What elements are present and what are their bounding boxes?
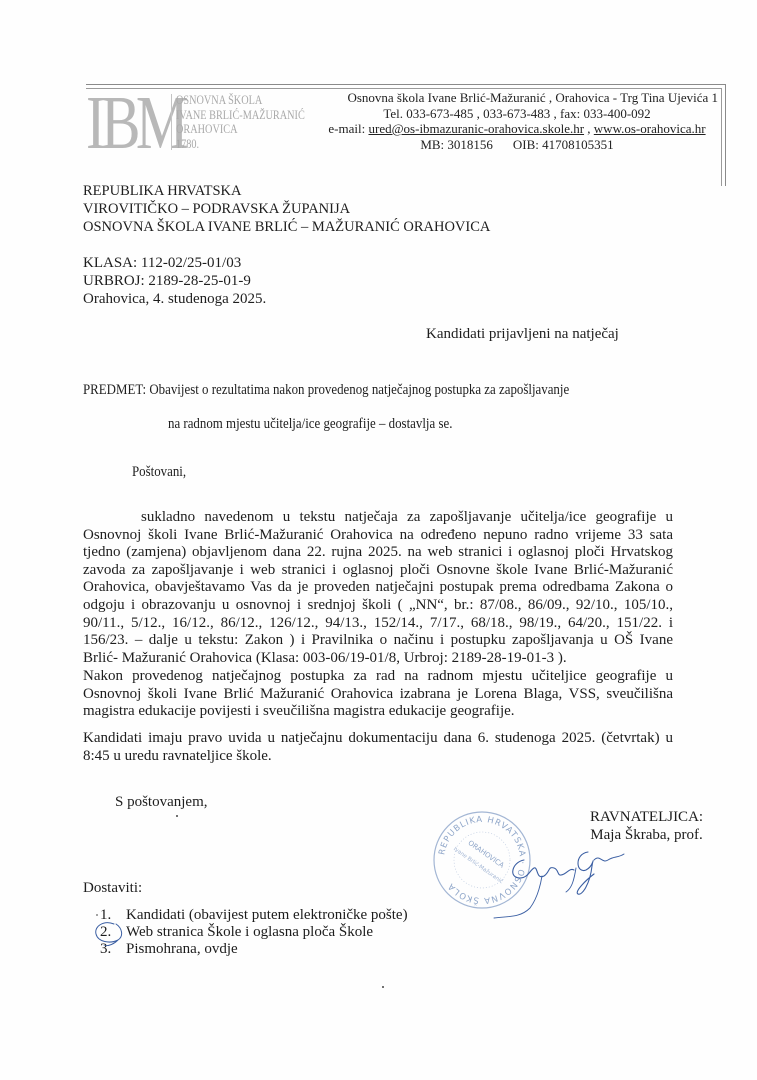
mb-number: MB: 3018156 xyxy=(420,137,493,153)
scan-speck xyxy=(382,986,384,988)
body-line: 8:45 u uredu ravnateljice škole. xyxy=(83,748,673,766)
subject-line-1: PREDMET: Obavijest o rezultatima nakon p… xyxy=(83,381,569,399)
handwritten-circle-mark xyxy=(92,920,132,946)
list-item-text: Kandidati (obavijest putem elektroničke … xyxy=(126,907,408,924)
email-sep: , xyxy=(584,121,594,136)
distribution-list: 1. Kandidati (obavijest putem elektronič… xyxy=(100,907,408,958)
logo-line-1: OSNOVNA ŠKOLA xyxy=(176,93,305,108)
email-label: e-mail: xyxy=(328,121,368,136)
body-line: Brlić- Mažuranić Orahovica (Klasa: 003-0… xyxy=(83,650,673,668)
body-line: 156/23. – dalje u tekstu: Zakon ) i Prav… xyxy=(83,632,673,650)
institution-line-3: OSNOVNA ŠKOLA IVANE BRLIĆ – MAŽURANIĆ OR… xyxy=(83,218,490,236)
school-logo: IBM OSNOVNA ŠKOLA IVANE BRLIĆ-MAŽURANIĆ … xyxy=(86,92,316,154)
list-item: 1. Kandidati (obavijest putem elektronič… xyxy=(100,907,408,924)
institution-line-1: REPUBLIKA HRVATSKA xyxy=(83,182,242,200)
letterhead-contact: Osnovna škola Ivane Brlić-Mažuranić , Or… xyxy=(312,90,722,152)
distribution-label: Dostaviti: xyxy=(83,879,142,897)
urbroj: URBROJ: 2189-28-25-01-9 xyxy=(83,272,251,290)
oib-number: OIB: 41708105351 xyxy=(513,137,614,153)
logo-line-3: ORAHOVICA xyxy=(176,122,305,137)
body-paragraph-2: Nakon provedenog natječajnog postupka za… xyxy=(83,668,673,721)
body-line: magistra edukacije povijesti i sveučiliš… xyxy=(83,703,673,721)
body-line: sukladno navedenom u tekstu natječaja za… xyxy=(83,509,673,527)
body-line: Kandidati imaju pravo uvida u natječajnu… xyxy=(83,730,673,748)
body-line: Osnovnoj školi Ivane Brlić Mažuranić Ora… xyxy=(83,686,673,704)
signatory-title: RAVNATELJICA: xyxy=(590,808,703,826)
website-link[interactable]: www.os-orahovica.hr xyxy=(594,121,706,136)
logo-divider xyxy=(171,94,172,150)
handwritten-signature xyxy=(490,840,630,920)
letterhead-border-right xyxy=(725,84,726,186)
place-date: Orahovica, 4. studenoga 2025. xyxy=(83,290,266,308)
logo-line-4: 1780. xyxy=(176,137,305,152)
greeting: Poštovani, xyxy=(132,463,186,481)
logo-line-2: IVANE BRLIĆ-MAŽURANIĆ xyxy=(176,108,305,123)
scan-speck xyxy=(176,815,178,817)
list-item: 3. Pismohrana, ovdje xyxy=(100,941,408,958)
school-ids: MB: 3018156OIB: 41708105351 xyxy=(312,137,722,153)
logo-text: OSNOVNA ŠKOLA IVANE BRLIĆ-MAŽURANIĆ ORAH… xyxy=(176,93,305,151)
school-address: Osnovna škola Ivane Brlić-Mažuranić , Or… xyxy=(312,90,722,106)
email-link[interactable]: ured@os-ibmazuranic-orahovica.skole.hr xyxy=(368,121,584,136)
list-item-text: Web stranica Škole i oglasna ploča Škole xyxy=(126,924,373,941)
body-line: Nakon provedenog natječajnog postupka za… xyxy=(83,668,673,686)
institution-line-2: VIROVITIČKO – PODRAVSKA ŽUPANIJA xyxy=(83,200,350,218)
document-page: IBM OSNOVNA ŠKOLA IVANE BRLIĆ-MAŽURANIĆ … xyxy=(0,0,757,1080)
klasa: KLASA: 112-02/25-01/03 xyxy=(83,254,241,272)
body-line: Osnovnoj školi Ivane Brlić-Mažuranić Ora… xyxy=(83,527,673,545)
school-email-web: e-mail: ured@os-ibmazuranic-orahovica.sk… xyxy=(312,121,722,137)
subject-line-2: na radnom mjestu učitelja/ice geografije… xyxy=(168,415,452,433)
body-line: odgoju i obrazovanju u osnovnoj i srednj… xyxy=(83,597,673,615)
body-line: zavoda za zapošljavanje i web stranici i… xyxy=(83,562,673,580)
closing: S poštovanjem, xyxy=(115,793,208,811)
list-item: 2. Web stranica Škole i oglasna ploča Šk… xyxy=(100,924,408,941)
signature-block: RAVNATELJICA: Maja Škraba, prof. xyxy=(590,808,703,844)
list-item-text: Pismohrana, ovdje xyxy=(126,941,238,958)
body-line: tjedno (zamjena) objavljenom dana 22. ru… xyxy=(83,544,673,562)
logo-monogram: IBM xyxy=(86,92,184,154)
body-paragraph-3: Kandidati imaju pravo uvida u natječajnu… xyxy=(83,730,673,765)
body-line: 90/11., 5/12., 16/12., 86/12., 126/12., … xyxy=(83,615,673,633)
school-phone: Tel. 033-673-485 , 033-673-483 , fax: 03… xyxy=(312,106,722,122)
scan-speck xyxy=(96,914,98,916)
body-paragraph-1: sukladno navedenom u tekstu natječaja za… xyxy=(83,509,673,667)
recipient: Kandidati prijavljeni na natječaj xyxy=(426,325,619,343)
body-line: Orahovica, obavještavamo Vas da je prove… xyxy=(83,579,673,597)
